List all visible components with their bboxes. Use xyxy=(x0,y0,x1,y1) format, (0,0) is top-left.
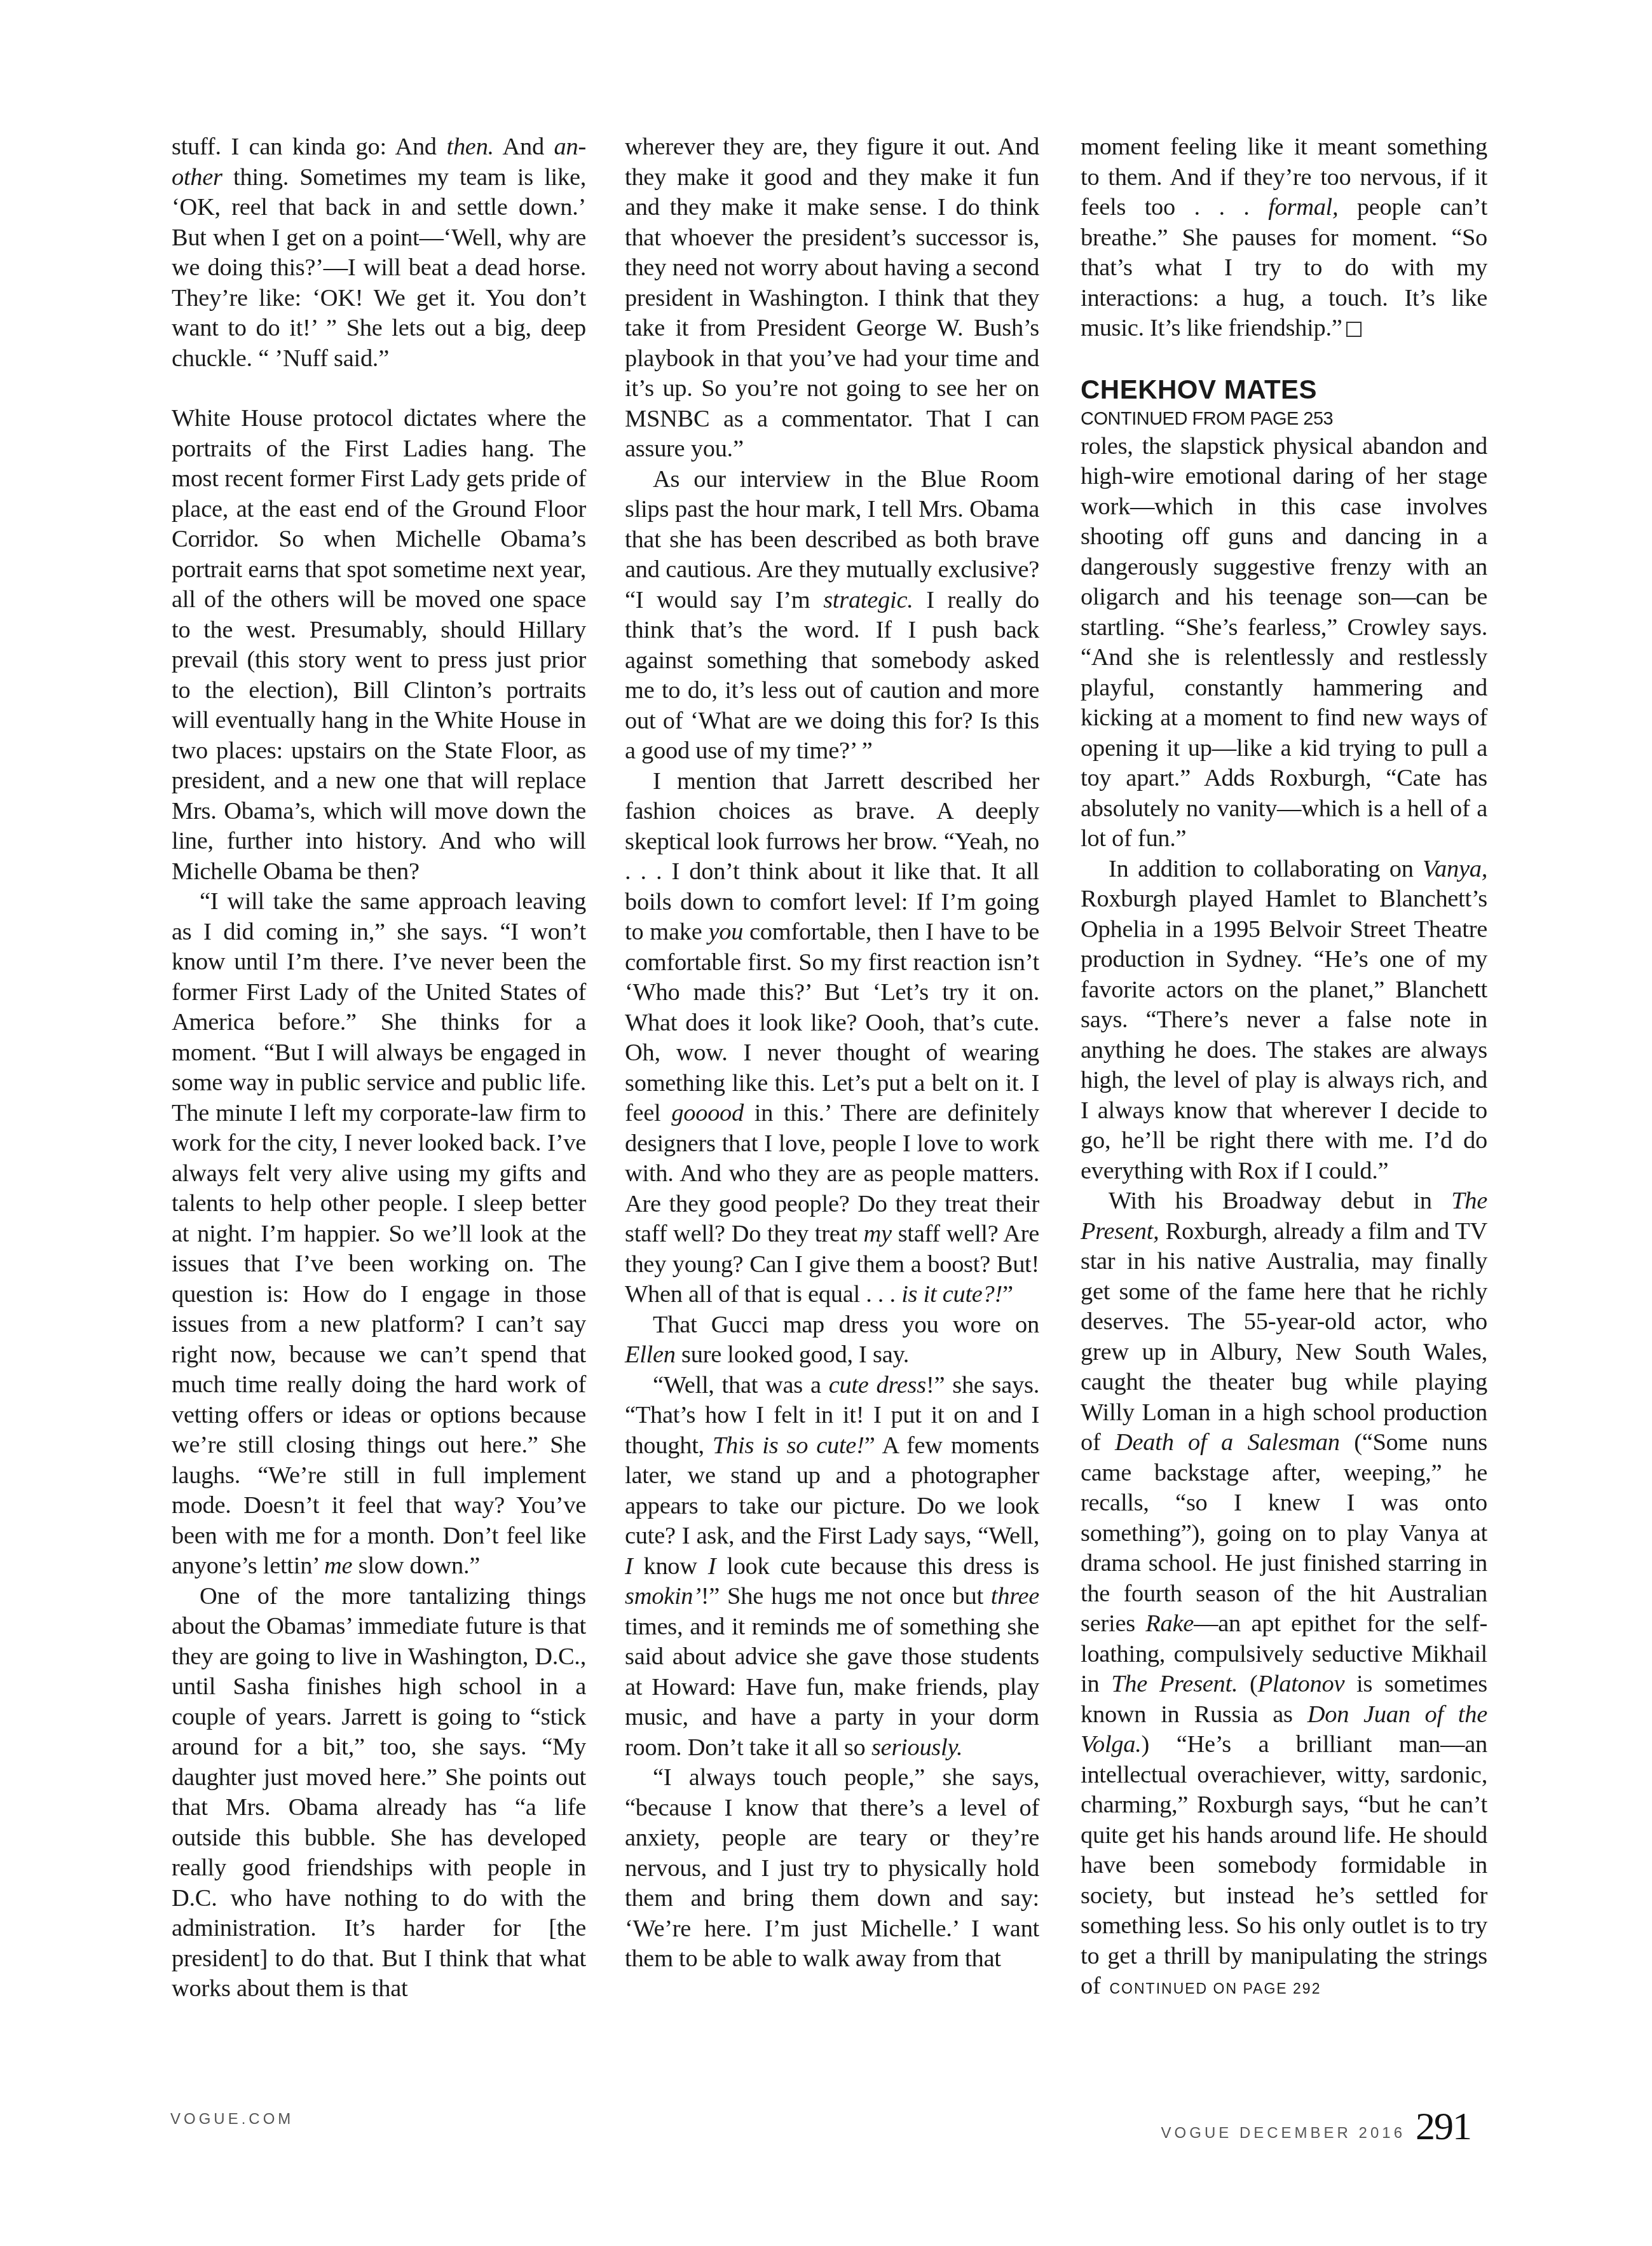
paragraph: I mention that Jarrett described her fas… xyxy=(625,767,1039,1310)
paragraph: In addition to collaborating on Vanya, R… xyxy=(1081,854,1487,1187)
article-column-2: wherever they are, they figure it out. A… xyxy=(625,132,1039,1975)
footer-website: VOGUE.COM xyxy=(170,2111,294,2128)
sidebar-headline: CHEKHOV MATES xyxy=(1081,373,1487,406)
paragraph: “I will take the same approach leaving a… xyxy=(172,887,586,1582)
continued-from-label: CONTINUED FROM PAGE 253 xyxy=(1081,406,1487,432)
paragraph: “Well, that was a cute dress!” she says.… xyxy=(625,1371,1039,1763)
paragraph: With his Broadway debut in The Present, … xyxy=(1081,1186,1487,2004)
paragraph: roles, the slapstick physical abandon an… xyxy=(1081,432,1487,854)
article-column-3: moment feeling like it meant something t… xyxy=(1081,132,1487,2004)
paragraph: stuff. I can kinda go: And then. And an-… xyxy=(172,132,586,374)
article-column-1: stuff. I can kinda go: And then. And an-… xyxy=(172,132,586,2004)
paragraph: That Gucci map dress you wore on Ellen s… xyxy=(625,1310,1039,1371)
paragraph: moment feeling like it meant something t… xyxy=(1081,132,1487,344)
article-ending: moment feeling like it meant something t… xyxy=(1081,132,1487,344)
paragraph: One of the more tantalizing things about… xyxy=(172,1582,586,2004)
footer-issue: VOGUE DECEMBER 2016 291 xyxy=(1161,2111,1471,2142)
continued-on-label: CONTINUED ON PAGE 292 xyxy=(1109,1980,1321,1997)
paragraph: wherever they are, they figure it out. A… xyxy=(625,132,1039,465)
paragraph: “I always touch people,” she says, “beca… xyxy=(625,1763,1039,1975)
paragraph: White House protocol dictates where the … xyxy=(172,404,586,887)
sidebar-article-body: roles, the slapstick physical abandon an… xyxy=(1081,432,1487,2004)
page-number: 291 xyxy=(1416,2111,1471,2142)
magazine-page: stuff. I can kinda go: And then. And an-… xyxy=(0,0,1652,2246)
end-mark-icon xyxy=(1346,322,1362,337)
footer-issue-label: VOGUE DECEMBER 2016 xyxy=(1161,2125,1405,2142)
paragraph: As our interview in the Blue Room slips … xyxy=(625,465,1039,767)
